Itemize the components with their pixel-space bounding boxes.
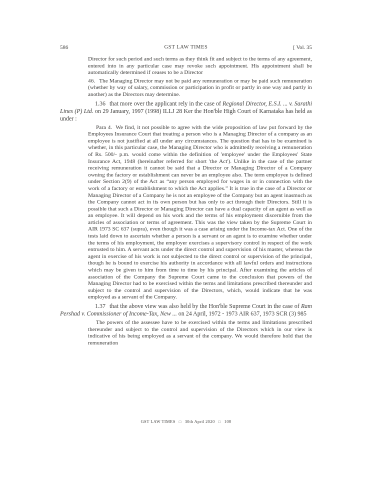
- paragraph-label: Para 4.: [96, 124, 112, 130]
- paragraph-text: on 29 January, 1997 (1998) ILLJ 28 Ker t…: [60, 107, 312, 122]
- volume-label: [ Vol. 35: [293, 44, 312, 51]
- quote-continuation-paragraph: Director for such period and such terms …: [88, 56, 312, 76]
- journal-title: GST LAW TIMES: [60, 44, 312, 51]
- square-separator-icon: □: [218, 419, 220, 424]
- paragraph-text: The Managing Director may not be paid an…: [88, 78, 312, 98]
- scanned-page: 586 GST LAW TIMES [ Vol. 35 Director for…: [0, 0, 370, 480]
- square-separator-icon: □: [179, 419, 181, 424]
- quote-closing-paragraph: The powers of the assessee have to be ex…: [88, 320, 312, 347]
- page-body: Director for such period and such terms …: [60, 56, 312, 348]
- footer-date: 30th April 2020: [185, 419, 215, 424]
- paragraph-1-37: 1.37that the above view was also held by…: [60, 303, 312, 318]
- paragraph-text: We find, it not possible to agree with t…: [88, 124, 312, 300]
- quote-paragraph-46: 46.The Managing Director may not be paid…: [88, 78, 312, 98]
- footer-journal: GST LAW TIMES: [141, 419, 176, 424]
- paragraph-number: 1.37: [95, 303, 106, 310]
- footer-page: 108: [224, 419, 231, 424]
- running-footer: GST LAW TIMES□30th April 2020□108: [60, 419, 312, 424]
- quote-para-4: Para 4.We find, it not possible to agree…: [88, 124, 312, 301]
- paragraph-text: that the above view was also held by the…: [110, 303, 302, 310]
- paragraph-number: 46.: [88, 78, 95, 84]
- paragraph-text: that more over the applicant rely in the…: [110, 100, 223, 107]
- paragraph-1-36: 1.36that more over the applicant rely in…: [60, 100, 312, 123]
- running-header: 586 GST LAW TIMES [ Vol. 35: [60, 44, 312, 52]
- paragraph-number: 1.36: [95, 100, 106, 107]
- paragraph-text: on 24 April, 1972 - 1973 AIR 637, 1973 S…: [177, 310, 307, 317]
